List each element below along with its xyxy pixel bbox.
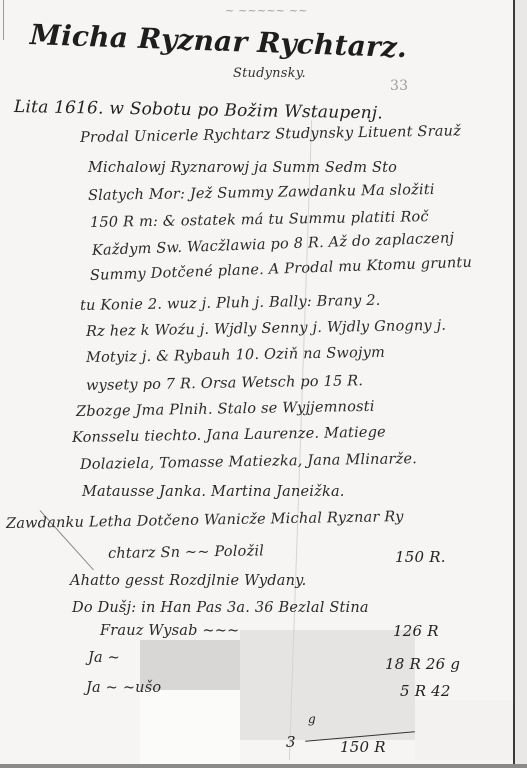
folio-number: 33: [390, 78, 408, 94]
page-edge: [3, 0, 4, 40]
ledger-line: Ja ~ ~ušo: [86, 680, 161, 696]
ledger-amount: 126 R: [393, 622, 439, 640]
ledger-amount: 150 R.: [395, 548, 446, 566]
body-line: tu Konie 2. wuz j. Pluh j. Bally: Brany …: [80, 293, 381, 314]
body-line: Matausse Janka. Martina Janeižka.: [82, 484, 345, 500]
body-line: 150 R m: & ostatek má tu Summu platiti R…: [90, 209, 429, 231]
document-subtitle: Studynsky.: [233, 66, 306, 81]
ledger-amount: 18 R 26 g: [385, 655, 460, 673]
body-line: Rz hez k Woźu j. Wjdly Senny j. Wjdly Gn…: [86, 318, 446, 340]
ledger-line: Do Dušj: in Han Pas 3a. 36 Bezlal Stina: [72, 600, 369, 616]
faint-header-note: ~ ~~~~~ ~~: [225, 4, 308, 17]
body-line: Prodal Unicerle Rychtarz Studynsky Litue…: [80, 123, 461, 146]
body-line: Summy Dotčené plane. A Prodal mu Ktomu g…: [90, 255, 473, 284]
page-margin: [515, 0, 527, 768]
page-edge: [0, 764, 527, 768]
manuscript-page: ~ ~~~~~ ~~ Micha Ryznar Rychtarz. Studyn…: [0, 0, 527, 768]
ledger-line: Frauz Wysab ~~~: [100, 623, 239, 639]
ledger-amount: 5 R 42: [400, 682, 451, 700]
entry-heading: Lita 1616. w Sobotu po Božim Wstaupenj.: [14, 97, 383, 123]
paper-stain: [240, 630, 415, 740]
body-line: Každym Sw. Wacžlawia po 8 R. Až do zapla…: [92, 230, 455, 259]
body-line: Motyiz j. & Rybauh 10. Oziň na Swojym: [86, 345, 385, 366]
ledger-total-superscript: g: [308, 712, 316, 726]
ledger-line: Ahatto gesst Rozdjlnie Wydany.: [70, 573, 306, 589]
ledger-line: Zawdanku Letha Dotčeno Wanicže Michal Ry…: [6, 509, 404, 532]
body-line: Konsselu tiechto. Jana Laurenze. Matiege: [72, 425, 386, 446]
body-line: Slatych Mor: Jež Summy Zawdanku Ma složi…: [88, 182, 435, 204]
ledger-total: 150 R: [340, 738, 386, 756]
ledger-line: chtarz Sn ~~ Položil: [108, 543, 264, 562]
body-line: Dolaziela, Tomasse Matiezka, Jana Mlinar…: [80, 451, 417, 473]
paper-stain: [415, 700, 515, 760]
body-line: Michalowj Ryznarowj ja Summ Sedm Sto: [88, 160, 397, 176]
ledger-line: Ja ~: [88, 650, 120, 666]
body-line: Zbozge Jma Plnih. Stalo se Wyjjemnosti: [76, 399, 375, 420]
ledger-total-prefix: 3: [286, 733, 296, 751]
document-title: Micha Ryznar Rychtarz.: [29, 18, 407, 64]
page-edge: [513, 0, 515, 768]
paper-patch: [140, 690, 240, 765]
body-line: wysety po 7 R. Orsa Wetsch po 15 R.: [86, 373, 363, 394]
